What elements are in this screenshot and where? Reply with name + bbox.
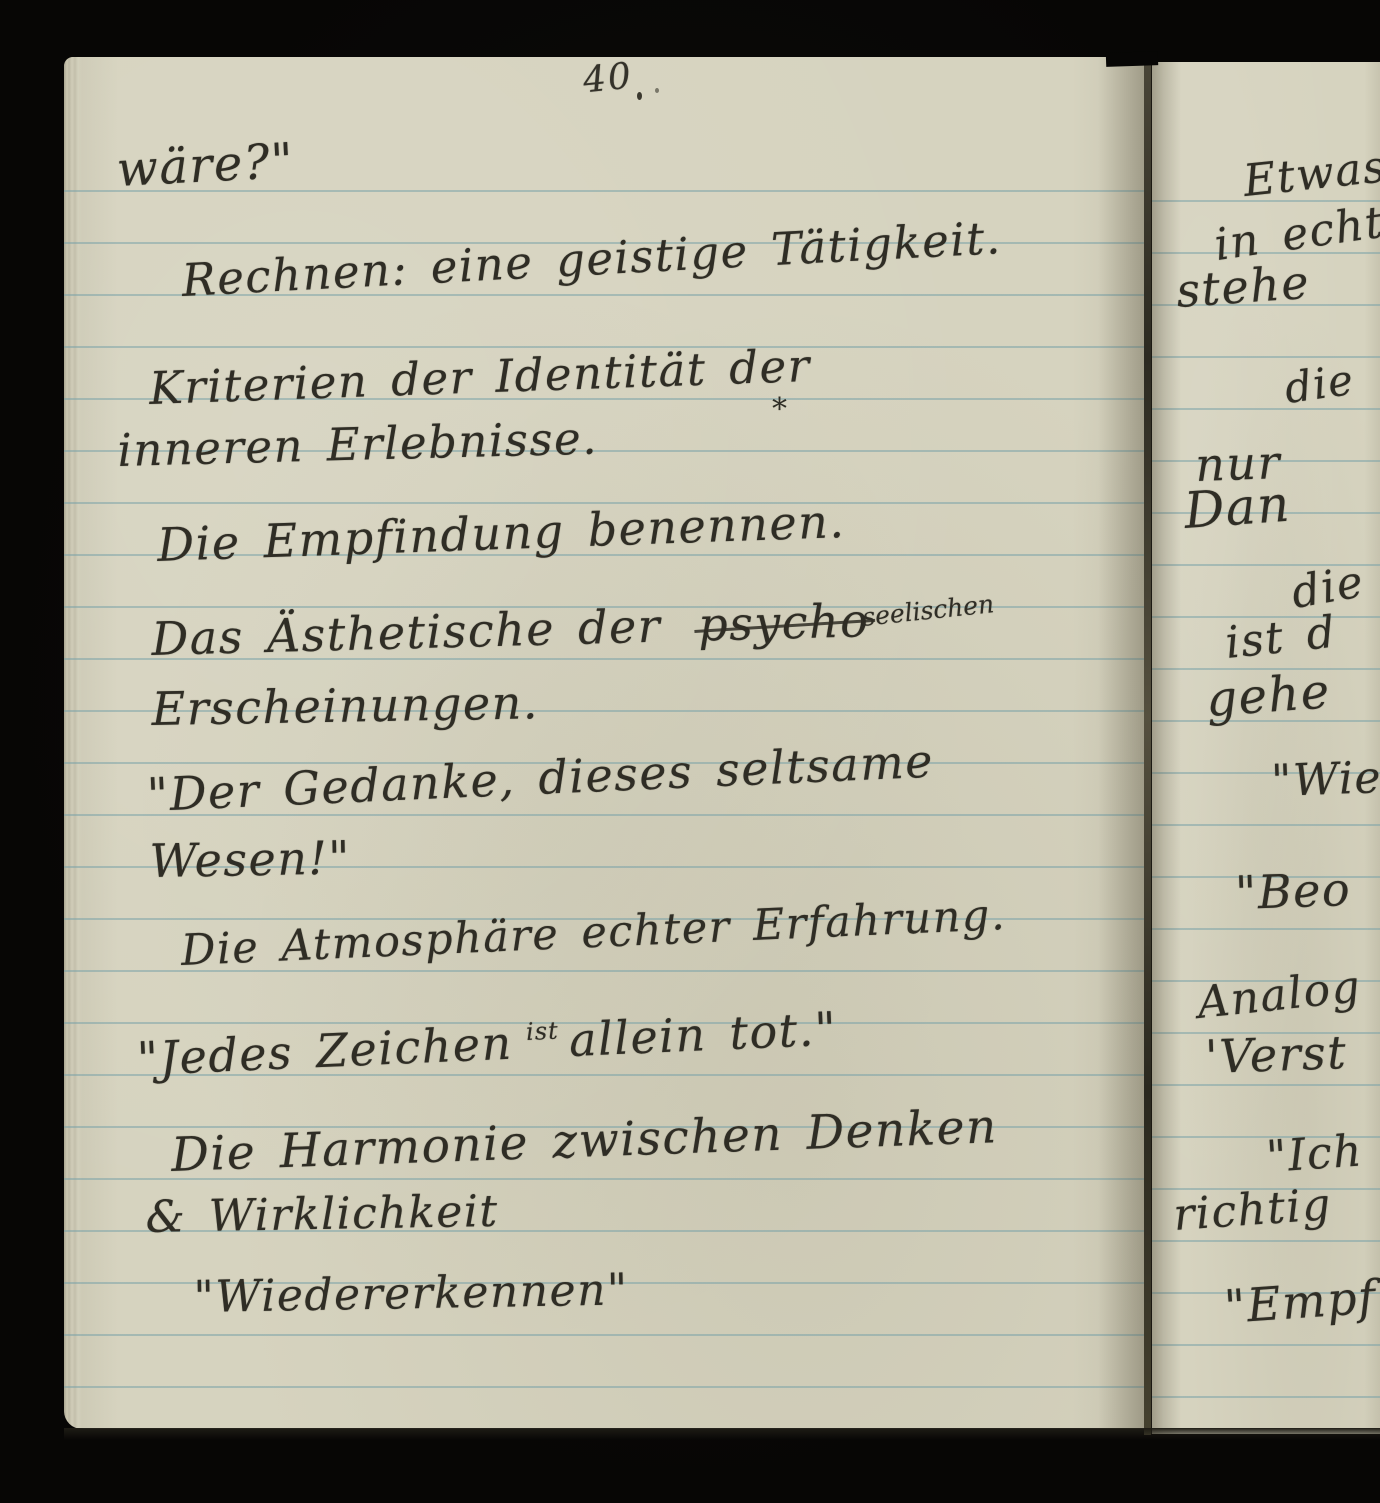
manuscript-scan: 40 wäre?" Rechnen: eine geistige Tätigke…	[0, 0, 1380, 1503]
page-bottom-shadow	[64, 1428, 1380, 1440]
binding-gutter	[1144, 55, 1151, 1435]
manuscript-fragment: ist d	[1223, 611, 1338, 666]
struck-word: psycho	[698, 597, 870, 647]
manuscript-fragment: Dan	[1183, 479, 1293, 536]
manuscript-line: wäre?"	[115, 137, 295, 194]
manuscript-line: inneren Erlebnisse.	[117, 415, 599, 473]
manuscript-fragment: richtig	[1172, 1183, 1333, 1238]
gutter-top-gap	[1106, 51, 1158, 67]
manuscript-line: Erscheinungen.	[151, 679, 539, 732]
inserted-word: ist	[526, 1019, 560, 1044]
manuscript-fragment: die	[1282, 359, 1357, 410]
ink-speck	[655, 88, 659, 93]
manuscript-fragment: 'Verst	[1204, 1029, 1347, 1080]
manuscript-fragment: stehe	[1175, 259, 1312, 314]
manuscript-line: "Wiedererkennen"	[193, 1268, 629, 1320]
manuscript-fragment: "Ich	[1265, 1129, 1364, 1180]
manuscript-fragment: "Wie	[1270, 756, 1380, 804]
ink-speck	[637, 92, 642, 100]
manuscript-fragment: "Empf	[1223, 1273, 1378, 1330]
page-number: 40	[581, 56, 635, 102]
gutter-shadow-left	[1098, 57, 1144, 1429]
footnote-asterisk: *	[772, 392, 787, 427]
manuscript-fragment: gehe	[1205, 667, 1332, 724]
manuscript-line: Wesen!"	[149, 834, 351, 884]
manuscript-line: & Wirklichkeit	[145, 1190, 499, 1240]
manuscript-fragment: "Beo	[1234, 866, 1351, 916]
